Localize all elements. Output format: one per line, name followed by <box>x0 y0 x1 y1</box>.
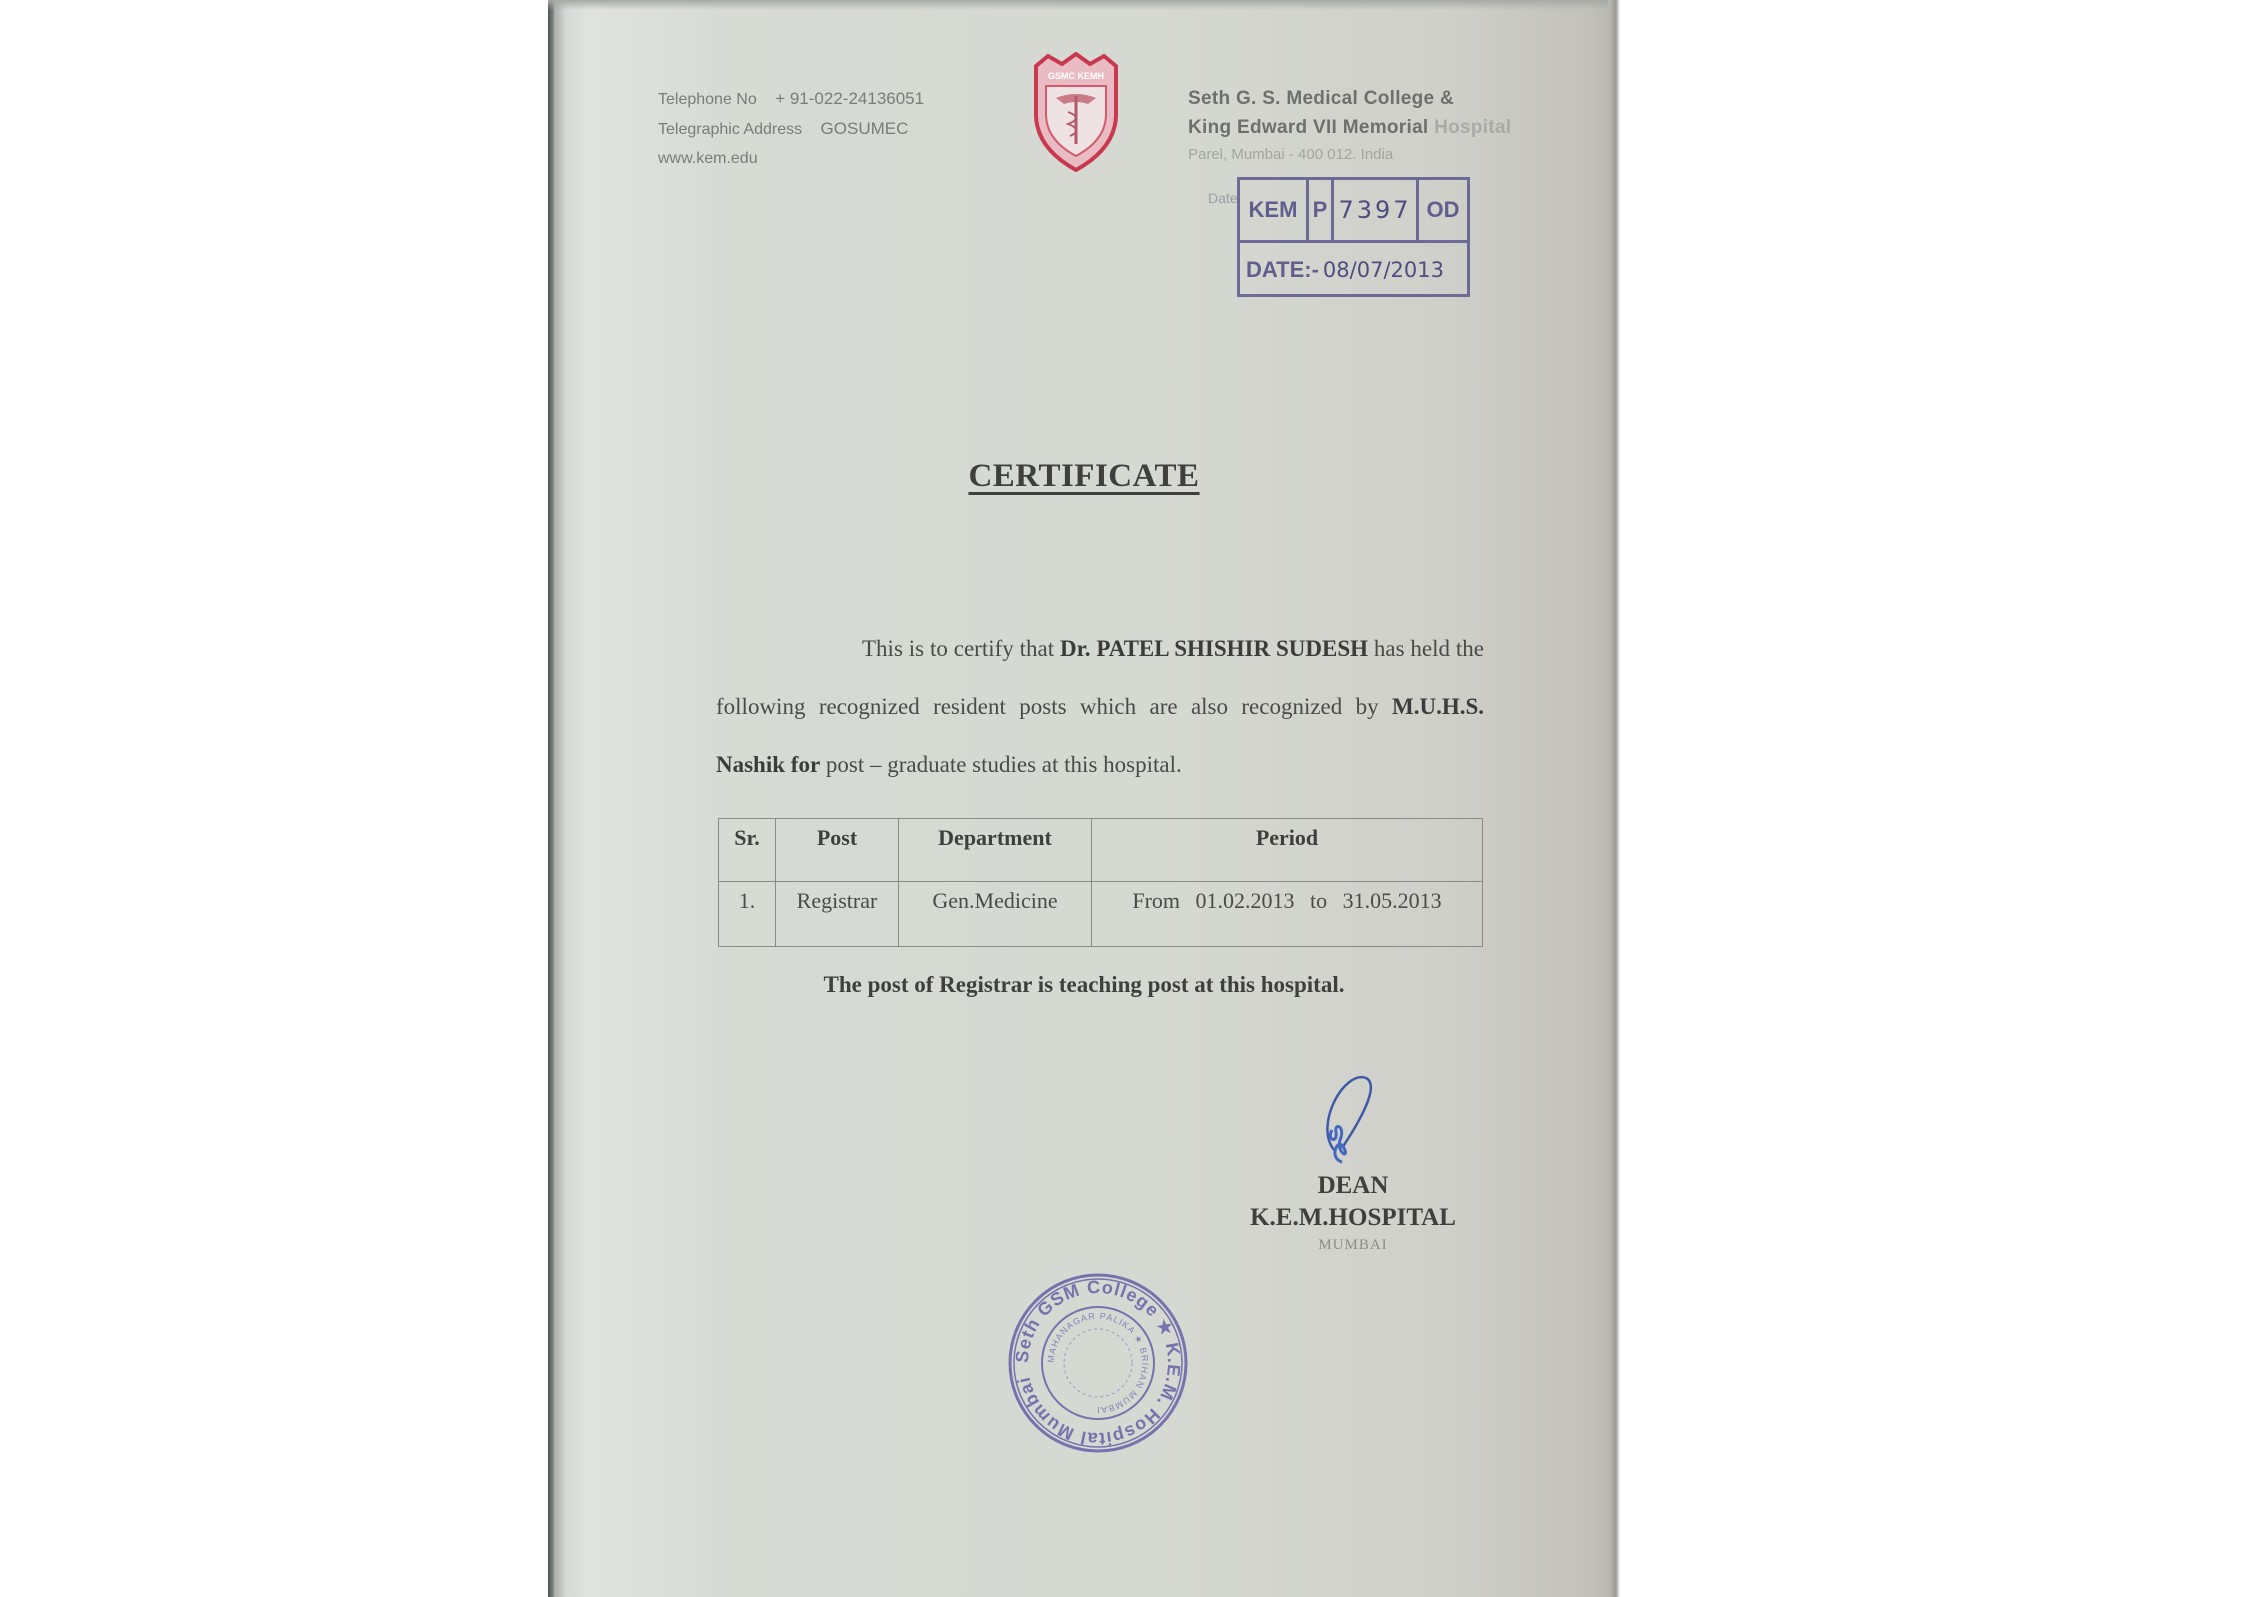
seal-outer-text: Seth GSM College ★ K.E.M. Hospital Mumba… <box>1012 1277 1184 1449</box>
seal-inner-text: MAHANAGAR PALIKA ★ BRIHAN MUMBAI <box>1046 1311 1150 1415</box>
body-text-2: post – graduate studies at this hospital… <box>826 752 1182 777</box>
official-seal-icon: Seth GSM College ★ K.E.M. Hospital Mumba… <box>1003 1268 1193 1458</box>
posts-table: Sr. Post Department Period 1. Registrar … <box>718 818 1483 947</box>
certificate-body: This is to certify that Dr. PATEL SHISHI… <box>716 620 1484 794</box>
college-crest-icon: GSMC KEMH <box>1028 52 1124 172</box>
stamp-suffix: OD <box>1419 180 1467 240</box>
stamp-series: P <box>1309 180 1334 240</box>
candidate-name: Dr. PATEL SHISHIR SUDESH <box>1060 636 1368 661</box>
certificate-page: Telephone No + 91-022-24136051 Telegraph… <box>548 0 1620 1597</box>
letterhead-contact: Telephone No + 91-022-24136051 Telegraph… <box>658 84 924 173</box>
stamp-prefix: KEM <box>1240 180 1309 240</box>
cell-period: From 01.02.2013 to 31.05.2013 <box>1092 882 1483 947</box>
header-post: Post <box>776 819 899 882</box>
cell-post: Registrar <box>776 882 899 947</box>
header-period: Period <box>1092 819 1483 882</box>
svg-text:Seth GSM College ★ K.E.M. Hosp: Seth GSM College ★ K.E.M. Hospital Mumba… <box>1012 1277 1184 1449</box>
cell-sr: 1. <box>719 882 776 947</box>
teaching-post-note: The post of Registrar is teaching post a… <box>548 972 1620 998</box>
signatory-city: MUMBAI <box>1228 1234 1478 1256</box>
institution-address: Parel, Mumbai - 400 012. India <box>1188 142 1511 168</box>
institution-line-2: King Edward VII Memorial Hospital <box>1188 113 1511 142</box>
telephone-line: Telephone No + 91-022-24136051 <box>658 84 924 114</box>
signature-icon <box>1304 1070 1384 1170</box>
cell-department: Gen.Medicine <box>899 882 1092 947</box>
stamp-date-label: DATE:- <box>1246 257 1319 283</box>
svg-text:MAHANAGAR PALIKA ★ BRIHAN MUMB: MAHANAGAR PALIKA ★ BRIHAN MUMBAI <box>1046 1311 1150 1415</box>
table-header-row: Sr. Post Department Period <box>719 819 1483 882</box>
telegraphic-label: Telegraphic Address <box>658 121 802 138</box>
registry-stamp: KEM P 7397 OD DATE:- 08/07/2013 <box>1237 177 1470 297</box>
letterhead-institution: Seth G. S. Medical College & King Edward… <box>1188 84 1511 168</box>
certificate-title: CERTIFICATE <box>548 458 1620 495</box>
telephone-label: Telephone No <box>658 91 757 108</box>
document-photo: Telephone No + 91-022-24136051 Telegraph… <box>548 0 1620 1597</box>
table-row: 1. Registrar Gen.Medicine From 01.02.201… <box>719 882 1483 947</box>
svg-text:GSMC KEMH: GSMC KEMH <box>1048 71 1104 81</box>
website: www.kem.edu <box>658 144 924 173</box>
header-department: Department <box>899 819 1092 882</box>
signatory-organization: K.E.M.HOSPITAL <box>1228 1202 1478 1234</box>
date-label: Date <box>1208 190 1238 206</box>
stamp-date-value: 08/07/2013 <box>1323 258 1444 282</box>
telegraphic-value: GOSUMEC <box>821 119 909 138</box>
signatory-title: DEAN <box>1228 1170 1478 1202</box>
institution-line-1: Seth G. S. Medical College & <box>1188 84 1511 113</box>
signatory-block: DEAN K.E.M.HOSPITAL MUMBAI <box>1228 1170 1478 1256</box>
header-sr: Sr. <box>719 819 776 882</box>
stamp-number: 7397 <box>1334 180 1419 240</box>
telegraphic-line: Telegraphic Address GOSUMEC <box>658 114 924 144</box>
telephone-value: + 91-022-24136051 <box>775 89 924 108</box>
body-intro: This is to certify that <box>862 636 1054 661</box>
